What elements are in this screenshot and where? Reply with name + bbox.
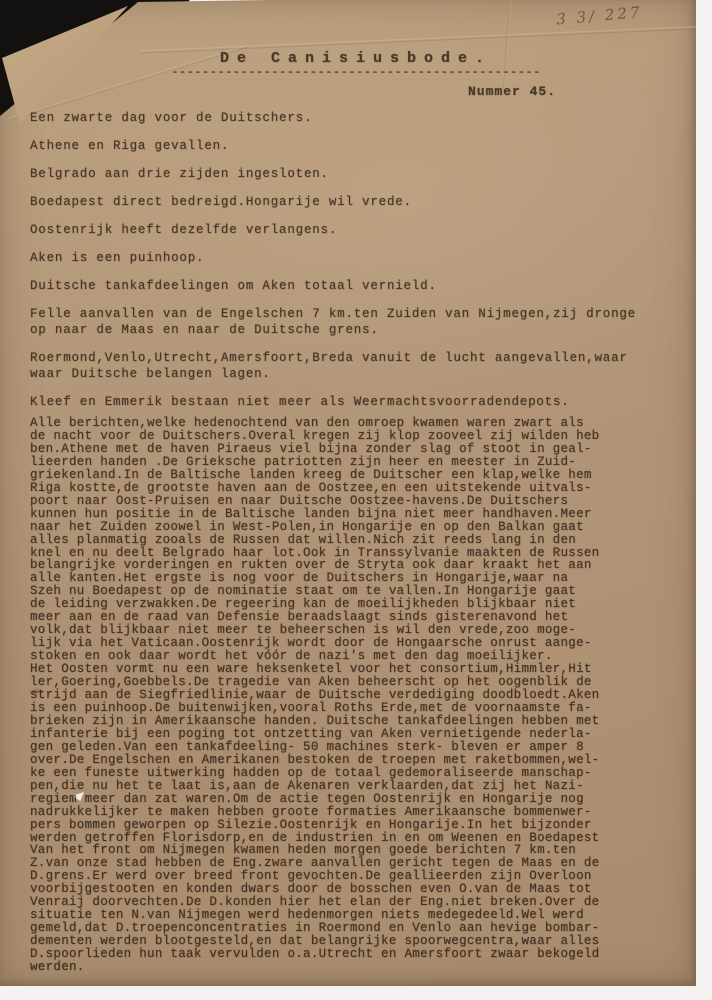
headline-line: Athene en Riga gevallen. — [30, 138, 680, 154]
headline-line: Oostenrijk heeft dezelfde verlangens. — [30, 222, 680, 238]
masthead: De Canisiusbode. -----------------------… — [0, 50, 712, 76]
headline-line: Aken is een puinhoop. — [30, 250, 680, 266]
issue-number: Nummer 45. — [468, 84, 556, 99]
paper-sheet: 3 3/ 227 De Canisiusbode. --------------… — [0, 0, 696, 986]
headline-line: Roermond,Venlo,Utrecht,Amersfoort,Breda … — [30, 350, 680, 382]
headline-line: Boedapest direct bedreigd.Hongarije wil … — [30, 194, 680, 210]
paper-crease — [503, 0, 512, 95]
headline-line: Belgrado aan drie zijden ingesloten. — [30, 166, 680, 182]
headline-list: Een zwarte dag voor de Duitschers.Athene… — [30, 110, 680, 422]
headline-line: Felle aanvallen van de Engelschen 7 km.t… — [30, 306, 680, 338]
headline-line: Een zwarte dag voor de Duitschers. — [30, 110, 680, 126]
archive-mark: 3 3/ 227 — [556, 0, 707, 29]
headline-line: Kleef en Emmerik bestaan niet meer als W… — [30, 394, 680, 410]
title-underline: ----------------------------------------… — [0, 68, 712, 76]
body-text: Alle berichten,welke hedenochtend van de… — [30, 417, 685, 974]
headline-line: Duitsche tankafdeelingen om Aken totaal … — [30, 278, 680, 294]
scanned-document-page: 3 3/ 227 De Canisiusbode. --------------… — [0, 0, 712, 1000]
